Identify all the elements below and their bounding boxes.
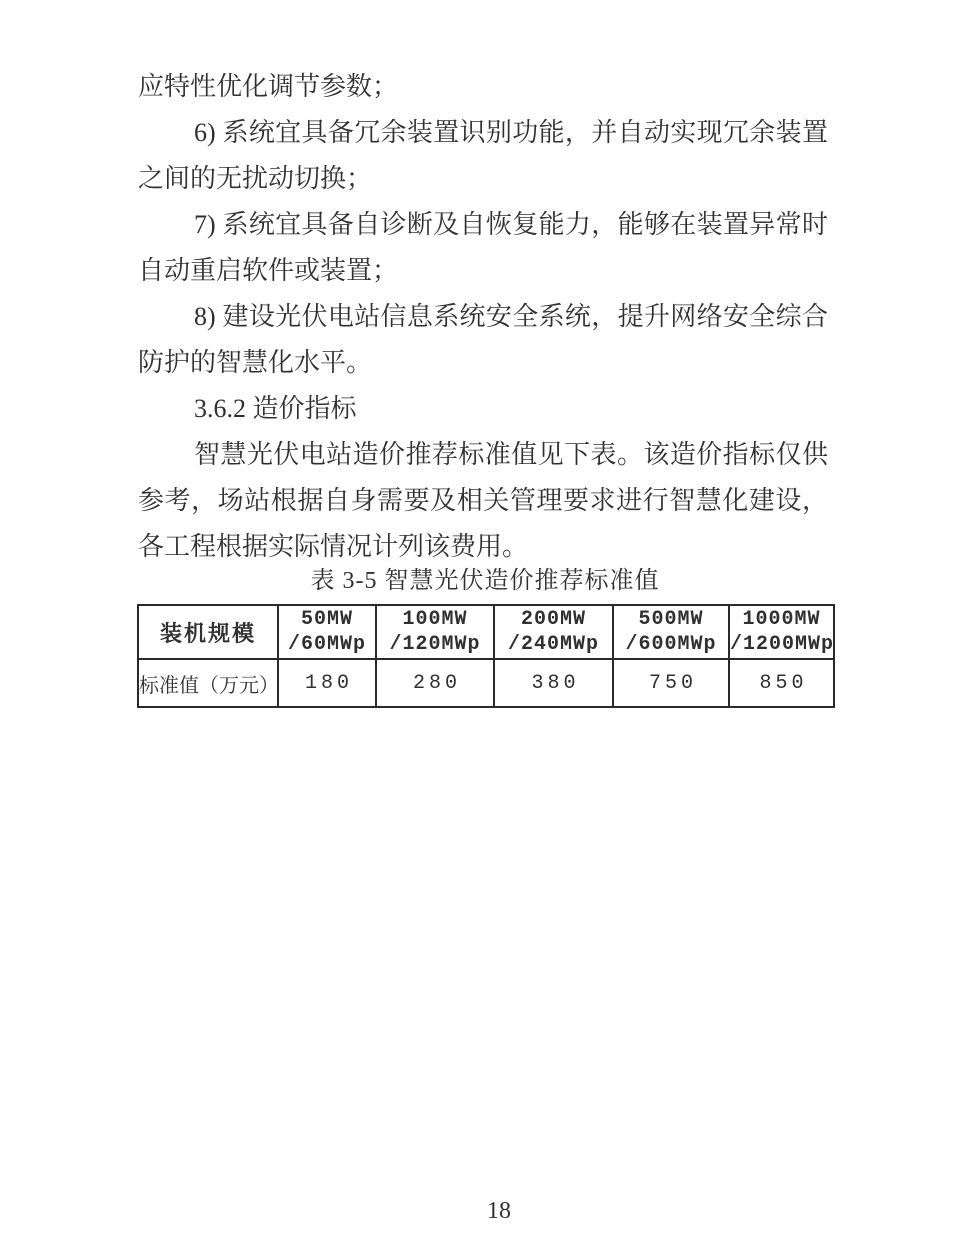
text-line: 自动重启软件或装置； [138,248,828,294]
text-line: 智慧光伏电站造价推荐标准值见下表。该造价指标仅供 [138,432,828,478]
header-cell-1000mw: 1000MW /1200MWp [729,605,834,659]
capacity-mwp-label: /240MWp [495,632,612,657]
table-header-row: 装机规模 50MW /60MWp 100MW /120MWp 200MW /24… [138,605,834,659]
data-cell-value-1000mw: 850 [729,659,834,707]
text-line: 7) 系统宜具备自诊断及自恢复能力，能够在装置异常时 [138,202,828,248]
data-cell-standard-value-label: 标准值（万元） [138,659,278,707]
capacity-mw-label: 50MW [279,607,375,632]
capacity-mwp-label: /600MWp [614,632,728,657]
capacity-mw-label: 1000MW [730,607,833,632]
document-page: 应特性优化调节参数； 6) 系统宜具备冗余装置识别功能，并自动实现冗余装置 之间… [0,0,970,1248]
text-line: 8) 建设光伏电站信息系统安全系统，提升网络安全综合 [138,294,828,340]
text-line: 参考，场站根据自身需要及相关管理要求进行智慧化建设， [138,478,828,524]
table-caption: 表 3-5 智慧光伏造价推荐标准值 [0,564,970,598]
table-data-row: 标准值（万元） 180 280 380 750 850 [138,659,834,707]
section-heading: 3.6.2 造价指标 [138,386,828,432]
capacity-mw-label: 500MW [614,607,728,632]
data-cell-value-200mw: 380 [494,659,613,707]
data-cell-value-50mw: 180 [278,659,376,707]
data-cell-value-100mw: 280 [376,659,494,707]
capacity-mwp-label: /1200MWp [730,632,833,657]
capacity-mw-label: 100MW [377,607,493,632]
cost-standard-table: 装机规模 50MW /60MWp 100MW /120MWp 200MW /24… [137,604,835,708]
body-text-block: 应特性优化调节参数； 6) 系统宜具备冗余装置识别功能，并自动实现冗余装置 之间… [138,64,828,570]
text-line: 应特性优化调节参数； [138,64,828,110]
header-cell-installed-capacity: 装机规模 [138,605,278,659]
data-cell-value-500mw: 750 [613,659,729,707]
header-cell-500mw: 500MW /600MWp [613,605,729,659]
capacity-mwp-label: /120MWp [377,632,493,657]
header-cell-100mw: 100MW /120MWp [376,605,494,659]
capacity-mwp-label: /60MWp [279,632,375,657]
text-line: 防护的智慧化水平。 [138,340,828,386]
text-line: 之间的无扰动切换； [138,156,828,202]
header-cell-200mw: 200MW /240MWp [494,605,613,659]
header-cell-50mw: 50MW /60MWp [278,605,376,659]
page-number: 18 [0,1196,970,1226]
capacity-mw-label: 200MW [495,607,612,632]
text-line: 6) 系统宜具备冗余装置识别功能，并自动实现冗余装置 [138,110,828,156]
